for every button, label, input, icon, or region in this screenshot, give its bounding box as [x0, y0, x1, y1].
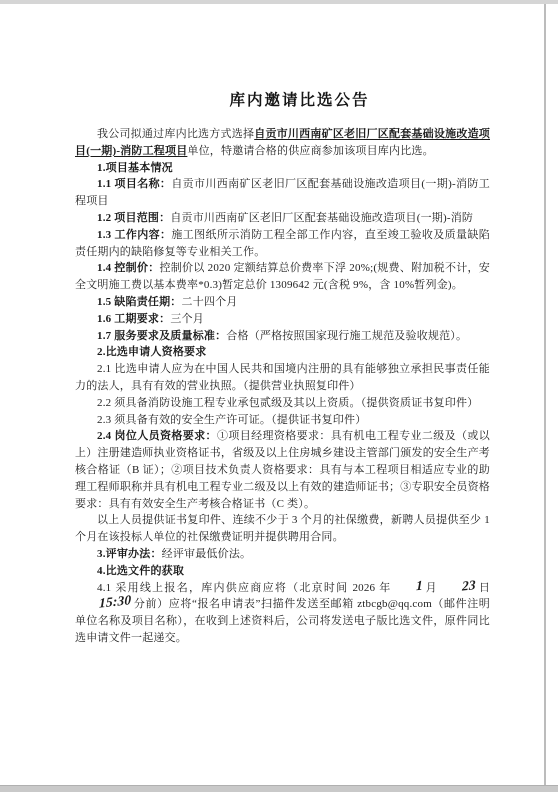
text-run: 2.3 须具备有效的安全生产许可证。（提供证书复印件） — [97, 414, 366, 426]
text-run: 2.4 岗位人员资格要求： — [97, 430, 217, 442]
text-run: 1.项目基本情况 — [97, 162, 173, 174]
item-2-4-personnel: 2.4 岗位人员资格要求：①项目经理资格要求：具有机电工程专业二级及（或以上）注… — [75, 428, 490, 512]
text-run: 二十四个月 — [182, 296, 238, 308]
heading-section-2: 2.比选申请人资格要求 — [75, 344, 490, 361]
heading-section-4: 4.比选文件的获取 — [75, 563, 490, 580]
scan-edge-bottom — [0, 785, 558, 792]
item-2-2-qualification: 2.2 须具备消防设施工程专业承包贰级及其以上资质。（提供资质证书复印件） — [75, 395, 490, 412]
text-run: 4.比选文件的获取 — [97, 565, 184, 577]
text-run: 1.3 工作内容： — [97, 229, 171, 241]
handwritten-text: 23 — [440, 578, 476, 595]
item-1-1-project-name: 1.1 项目名称：自贡市川西南矿区老旧厂区配套基础设施改造项目(一期)-消防工程… — [75, 176, 490, 210]
text-run: 1.2 项目范围： — [97, 212, 170, 224]
text-run: 日 — [478, 582, 490, 594]
item-1-5-defect-liability: 1.5 缺陷责任期：二十四个月 — [75, 294, 490, 311]
text-run: 月 — [425, 582, 438, 594]
item-1-7-quality: 1.7 服务要求及质量标准：合格（严格按照国家现行施工规范及验收规范）。 — [75, 328, 490, 345]
handwritten-text: 15:30 — [77, 593, 131, 612]
text-run: 1.1 项目名称： — [97, 178, 171, 190]
para-intro: 我公司拟通过库内比选方式选择自贡市川西南矿区老旧厂区配套基础设施改造项目(一期)… — [75, 126, 490, 160]
text-run: 4.1 采用线上报名，库内供应商应将（北京时间 2026 年 — [97, 582, 392, 594]
heading-section-3: 3.评审办法：经评审最低价法。 — [75, 546, 490, 563]
text-run: 单位，特邀请合格的供应商参加该项目库内比选。 — [187, 145, 433, 157]
text-run: 1.7 服务要求及质量标准： — [97, 330, 226, 342]
item-1-3-work-content: 1.3 工作内容：施工图纸所示消防工程全部工作内容，直至竣工验收及质量缺陷责任期… — [75, 227, 490, 261]
scan-edge-right — [544, 4, 546, 785]
text-run: 经评审最低价法。 — [162, 548, 252, 560]
text-run: 合格（严格按照国家现行施工规范及验收规范）。 — [226, 330, 467, 342]
heading-section-1: 1.项目基本情况 — [75, 160, 490, 177]
text-run: 1.4 控制价： — [97, 262, 160, 274]
document-content: 库内邀请比选公告 我公司拟通过库内比选方式选择自贡市川西南矿区老旧厂区配套基础设… — [75, 91, 490, 647]
text-run: 1.6 工期要求： — [97, 313, 170, 325]
text-run: 1.5 缺陷责任期： — [97, 296, 182, 308]
text-run: 以上人员提供证书复印件、连续不少于 3 个月的社保缴费，新聘人员提供至少 1 个… — [75, 514, 490, 543]
scanned-document-page: 库内邀请比选公告 我公司拟通过库内比选方式选择自贡市川西南矿区老旧厂区配套基础设… — [0, 0, 558, 792]
text-run: 3.评审办法： — [97, 548, 162, 560]
document-body: 我公司拟通过库内比选方式选择自贡市川西南矿区老旧厂区配套基础设施改造项目(一期)… — [75, 126, 490, 647]
para-social-insurance: 以上人员提供证书复印件、连续不少于 3 个月的社保缴费，新聘人员提供至少 1 个… — [75, 512, 490, 546]
item-1-4-control-price: 1.4 控制价：控制价以 2020 定额结算总价费率下浮 20%;(规费、附加税… — [75, 260, 490, 294]
text-run: 分前）应将“报名申请表”扫描件发送至邮箱 ztbcgb@qq.com（邮件注明单… — [75, 598, 490, 644]
scan-edge-top — [0, 0, 558, 4]
item-2-3-safety-license: 2.3 须具备有效的安全生产许可证。（提供证书复印件） — [75, 412, 490, 429]
item-4-1-registration: 4.1 采用线上报名，库内供应商应将（北京时间 2026 年1月23日15:30… — [75, 580, 490, 647]
text-run: 2.2 须具备消防设施工程专业承包贰级及其以上资质。（提供资质证书复印件） — [97, 397, 478, 409]
document-title: 库内邀请比选公告 — [75, 91, 490, 111]
item-2-1-legal-person: 2.1 比选申请人应为在中国人民共和国境内注册的具有能够独立承担民事责任能力的法… — [75, 361, 490, 395]
text-run: 2.比选申请人资格要求 — [97, 346, 206, 358]
handwritten-text: 1 — [394, 578, 423, 595]
text-run: 自贡市川西南矿区老旧厂区配套基础设施改造项目(一期)-消防 — [170, 212, 473, 224]
text-run: 2.1 比选申请人应为在中国人民共和国境内注册的具有能够独立承担民事责任能力的法… — [75, 363, 490, 392]
item-1-6-duration: 1.6 工期要求：三个月 — [75, 311, 490, 328]
text-run: 三个月 — [170, 313, 204, 325]
text-run: 我公司拟通过库内比选方式选择 — [97, 128, 254, 140]
item-1-2-project-scope: 1.2 项目范围：自贡市川西南矿区老旧厂区配套基础设施改造项目(一期)-消防 — [75, 210, 490, 227]
